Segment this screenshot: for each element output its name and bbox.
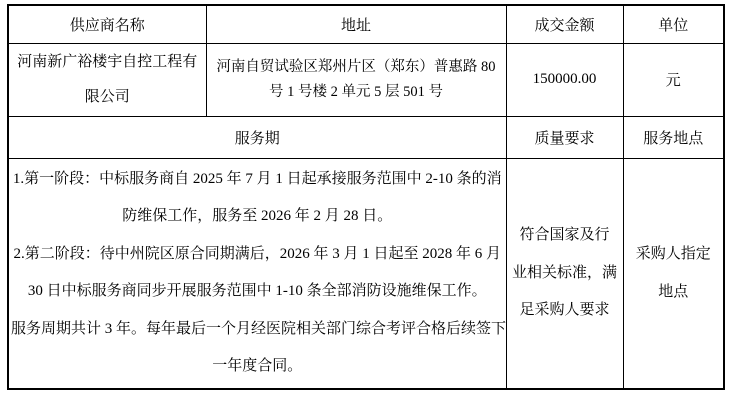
service-period-header-cell: 服务期 xyxy=(8,116,506,158)
quality-header-cell: 质量要求 xyxy=(506,116,623,158)
unit-value-cell: 元 xyxy=(623,43,724,116)
quality-requirement-line-3: 足采购人要求 xyxy=(509,292,621,330)
service-period-line-5: 服务周期共计 3 年。每年最后一个月经医院相关部门综合考评合格后续签下 xyxy=(11,311,504,349)
supplier-name-header-cell: 供应商名称 xyxy=(8,5,206,43)
service-location-line-1: 采购人指定 xyxy=(626,235,722,273)
address-cell: 河南自贸试验区郑州片区（郑东）普惠路 80 号 1 号楼 2 单元 5 层 50… xyxy=(206,43,506,116)
unit-header-cell: 单位 xyxy=(623,5,724,43)
amount-value-cell: 150000.00 xyxy=(506,43,623,116)
amount-header-cell: 成交金额 xyxy=(506,5,623,43)
service-period-cell: 1.第一阶段：中标服务商自 2025 年 7 月 1 日起承接服务范围中 2-1… xyxy=(8,158,506,389)
supplier-name-line-2: 限公司 xyxy=(11,80,204,115)
quality-requirement-cell: 符合国家及行 业相关标准，满 足采购人要求 xyxy=(506,158,623,389)
service-period-line-6: 一年度合同。 xyxy=(11,348,504,386)
header-row-1: 供应商名称 地址 成交金额 单位 xyxy=(8,5,724,43)
supplier-name-cell: 河南新广裕楼宇自控工程有 限公司 xyxy=(8,43,206,116)
service-location-line-2: 地点 xyxy=(626,273,722,311)
service-period-line-3: 2.第二阶段：待中州院区原合同期满后，2026 年 3 月 1 日起至 2028… xyxy=(11,236,504,274)
quality-requirement-line-2: 业相关标准，满 xyxy=(509,255,621,293)
address-line-1: 河南自贸试验区郑州片区（郑东）普惠路 80 xyxy=(209,55,504,80)
service-period-line-1: 1.第一阶段：中标服务商自 2025 年 7 月 1 日起承接服务范围中 2-1… xyxy=(11,161,504,199)
document-canvas: 供应商名称 地址 成交金额 单位 河南新广裕楼宇自控工程有 限公司 河南自贸试验… xyxy=(0,0,734,400)
award-info-table: 供应商名称 地址 成交金额 单位 河南新广裕楼宇自控工程有 限公司 河南自贸试验… xyxy=(7,4,725,390)
address-header-cell: 地址 xyxy=(206,5,506,43)
header-row-2: 服务期 质量要求 服务地点 xyxy=(8,116,724,158)
location-header-cell: 服务地点 xyxy=(623,116,724,158)
supplier-name-line-1: 河南新广裕楼宇自控工程有 xyxy=(11,45,204,80)
service-data-row: 1.第一阶段：中标服务商自 2025 年 7 月 1 日起承接服务范围中 2-1… xyxy=(8,158,724,389)
service-location-cell: 采购人指定 地点 xyxy=(623,158,724,389)
address-line-2: 号 1 号楼 2 单元 5 层 501 号 xyxy=(209,80,504,105)
service-period-line-4: 30 日中标服务商同步开展服务范围中 1-10 条全部消防设施维保工作。 xyxy=(11,273,504,311)
supplier-data-row: 河南新广裕楼宇自控工程有 限公司 河南自贸试验区郑州片区（郑东）普惠路 80 号… xyxy=(8,43,724,116)
service-period-line-2: 防维保工作，服务至 2026 年 2 月 28 日。 xyxy=(11,198,504,236)
quality-requirement-line-1: 符合国家及行 xyxy=(509,217,621,255)
